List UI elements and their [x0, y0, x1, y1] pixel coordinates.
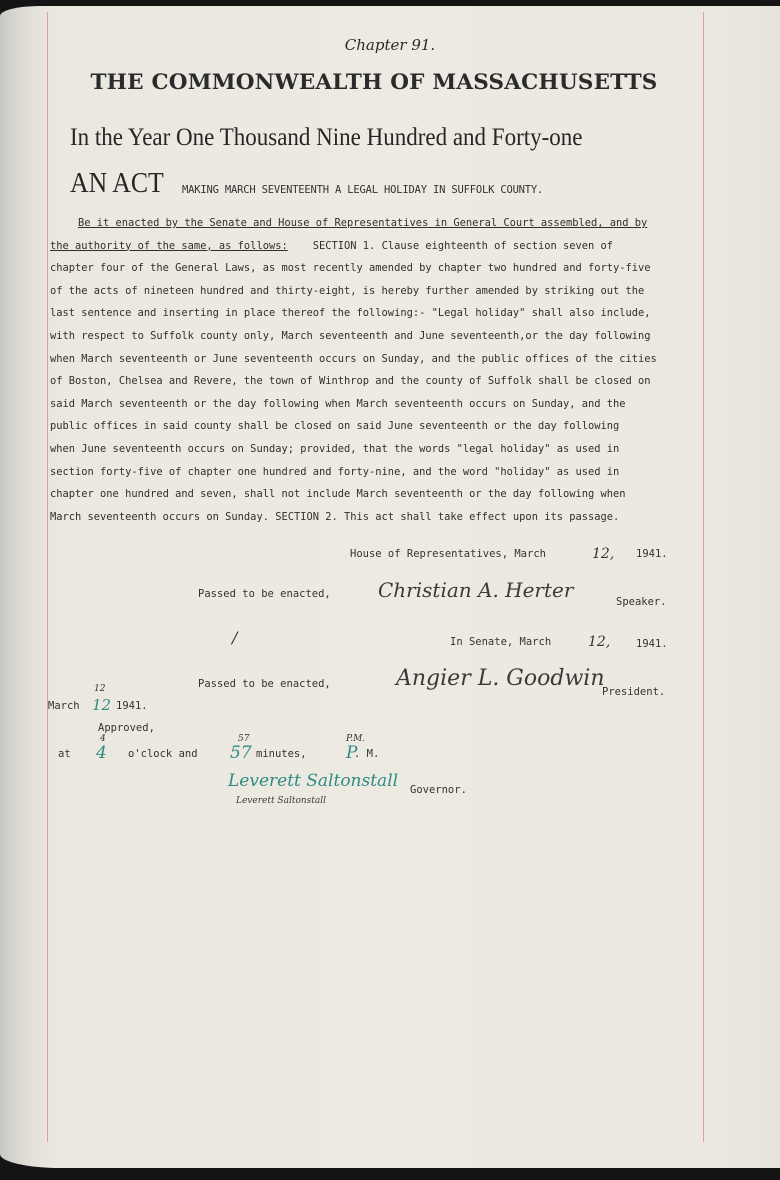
governor-signature: Leverett Saltonstall: [228, 771, 398, 791]
body-line: March seventeenth occurs on Sunday. SECT…: [50, 506, 690, 529]
at-label: at: [58, 748, 71, 760]
act-label: AN ACT: [70, 168, 164, 200]
approval-day: 12: [92, 696, 111, 714]
chapter-number: Chapter 91.: [0, 36, 780, 54]
senate-date-line: In Senate, March: [450, 636, 551, 648]
president-signature: Angier L. Goodwin: [396, 666, 604, 691]
body-line: with respect to Suffolk county only, Mar…: [50, 325, 690, 348]
approval-month: March: [48, 700, 80, 712]
approval-year: 1941.: [116, 700, 148, 712]
left-margin-line: [47, 12, 48, 1142]
body-line: when June seventeenth occurs on Sunday; …: [50, 438, 690, 461]
commonwealth-header: THE COMMONWEALTH OF MASSACHUSETTS: [72, 70, 676, 95]
approved-label: Approved,: [98, 722, 155, 734]
house-year: 1941.: [636, 548, 668, 560]
body-line: of the acts of nineteen hundred and thir…: [50, 280, 690, 303]
body-line: section forty-five of chapter one hundre…: [50, 461, 690, 484]
body-line: chapter one hundred and seven, shall not…: [50, 483, 690, 506]
body-line: of Boston, Chelsea and Revere, the town …: [50, 370, 690, 393]
approval-hour: 4: [96, 743, 107, 763]
body-line: public offices in said county shall be c…: [50, 415, 690, 438]
senate-mark: /: [232, 628, 237, 647]
enacting-clause-line-1: Be it enacted by the Senate and House of…: [50, 212, 690, 235]
document-page: Chapter 91. THE COMMONWEALTH OF MASSACHU…: [0, 6, 780, 1168]
speaker-signature: Christian A. Herter: [378, 578, 573, 602]
house-day: 12,: [592, 546, 614, 562]
governor-signature-copy: Leverett Saltonstall: [236, 796, 326, 806]
act-body: Be it enacted by the Senate and House of…: [50, 212, 690, 528]
year-line: In the Year One Thousand Nine Hundred an…: [70, 124, 631, 152]
document-frame: Chapter 91. THE COMMONWEALTH OF MASSACHU…: [0, 0, 780, 1180]
approval-day-small: 12: [94, 684, 105, 694]
enacting-clause-line-2: the authority of the same, as follows: S…: [50, 235, 690, 258]
speaker-title: Speaker.: [616, 596, 667, 608]
body-line: last sentence and inserting in place the…: [50, 302, 690, 325]
pm-label: . M.: [354, 748, 379, 760]
body-line: when March seventeenth or June seventeen…: [50, 348, 690, 371]
act-line: AN ACT MAKING MARCH SEVENTEENTH A LEGAL …: [70, 168, 172, 200]
body-line: chapter four of the General Laws, as mos…: [50, 257, 690, 280]
act-title: MAKING MARCH SEVENTEENTH A LEGAL HOLIDAY…: [182, 184, 543, 196]
oclock-label: o'clock and: [128, 748, 198, 760]
senate-year: 1941.: [636, 638, 668, 650]
house-passed-label: Passed to be enacted,: [198, 588, 331, 600]
senate-day: 12,: [588, 634, 610, 650]
body-line: said March seventeenth or the day follow…: [50, 393, 690, 416]
president-title: President.: [602, 686, 665, 698]
house-date-line: House of Representatives, March: [350, 548, 546, 560]
minutes-label: minutes,: [256, 748, 307, 760]
approval-minutes: 57: [230, 743, 252, 763]
governor-title: Governor.: [410, 784, 467, 796]
senate-passed-label: Passed to be enacted,: [198, 678, 331, 690]
right-margin-line: [703, 12, 704, 1142]
